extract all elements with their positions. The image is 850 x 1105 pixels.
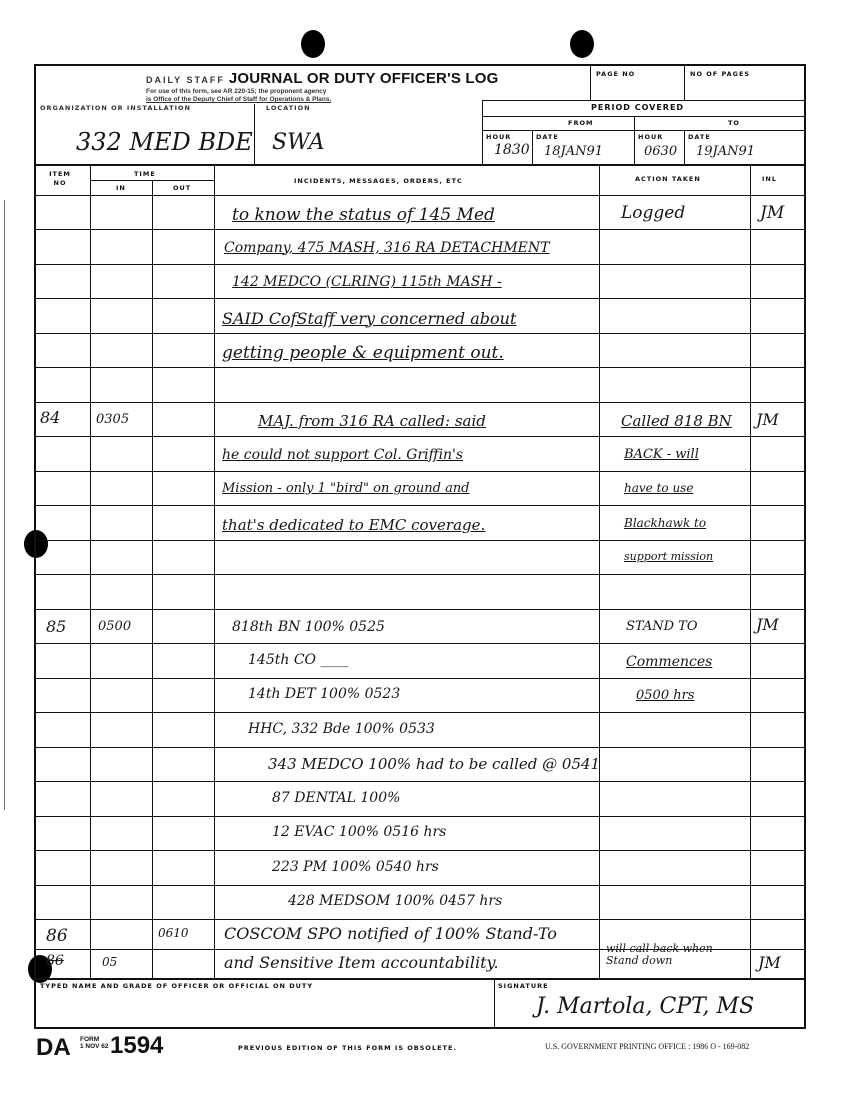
form-title: DAILY STAFFJOURNAL OR DUTY OFFICER'S LOG xyxy=(146,70,499,87)
action-cell: 0500 hrs xyxy=(636,688,694,703)
footer-previous-edition: PREVIOUS EDITION OF THIS FORM IS OBSOLET… xyxy=(238,1044,457,1052)
divider xyxy=(684,66,685,100)
table-row: support mission xyxy=(36,540,806,575)
action-cell: BACK - will xyxy=(624,447,699,462)
table-row: SAID CofStaff very concerned about xyxy=(36,299,806,334)
incident-cell: 142 MEDCO (CLRING) 115th MASH - xyxy=(232,274,502,290)
incident-cell: 14th DET 100% 0523 xyxy=(248,686,400,702)
table-row: 343 MEDCO 100% had to be called @ 0541 xyxy=(36,747,806,782)
signature-label: SIGNATURE xyxy=(498,982,549,990)
table-row: 85 0500 818th BN 100% 0525 STAND TO JM xyxy=(36,609,806,644)
proponent-line-2: is Office of the Deputy Chief of Staff f… xyxy=(146,96,331,103)
action-cell: Logged xyxy=(621,203,685,223)
table-row: Mission - only 1 "bird" on ground and ha… xyxy=(36,471,806,506)
divider xyxy=(36,978,806,980)
action-cell: STAND TO xyxy=(626,619,698,634)
duty-officer-log-form: DAILY STAFFJOURNAL OR DUTY OFFICER'S LOG… xyxy=(34,64,806,1029)
initials-cell: JM xyxy=(760,203,784,223)
incident-cell: Mission - only 1 "bird" on ground and xyxy=(222,481,470,496)
divider xyxy=(590,66,591,100)
table-row xyxy=(36,368,806,403)
incident-cell: 87 DENTAL 100% xyxy=(272,790,400,806)
initials-cell: JM xyxy=(756,615,779,634)
location-label: LOCATION xyxy=(266,104,311,112)
from-date-label: DATE xyxy=(536,133,559,141)
table-row: 86 05 and Sensitive Item accountability.… xyxy=(36,949,806,978)
item-no-cell: 86 xyxy=(46,953,64,969)
incident-cell: HHC, 332 Bde 100% 0533 xyxy=(248,721,435,737)
header-time: TIME xyxy=(134,170,156,178)
initials-cell: JM xyxy=(756,410,779,429)
incident-cell: 12 EVAC 100% 0516 hrs xyxy=(272,824,446,840)
to-date-label: DATE xyxy=(688,133,711,141)
action-cell: will call back when Stand down xyxy=(606,943,746,967)
table-row: to know the status of 145 Med Logged JM xyxy=(36,195,806,230)
proponent-line-1: For use of this form, see AR 220-15; the… xyxy=(146,88,326,95)
incident-cell: 145th CO ____ xyxy=(248,652,348,668)
incident-cell: Company, 475 MASH, 316 RA DETACHMENT xyxy=(224,240,549,256)
footer-form-number: 1594 xyxy=(110,1032,163,1060)
time-in-cell: 05 xyxy=(102,955,117,969)
signature-value[interactable]: J. Martola, CPT, MS xyxy=(536,994,754,1019)
item-no-cell: 84 xyxy=(40,408,60,427)
divider xyxy=(532,130,533,164)
incident-cell: SAID CofStaff very concerned about xyxy=(222,309,516,328)
to-date-value[interactable]: 19JAN91 xyxy=(696,144,755,159)
header-initials: INL xyxy=(762,175,777,183)
to-label: TO xyxy=(728,119,740,127)
initials-cell: JM xyxy=(758,953,781,972)
incident-cell: that's dedicated to EMC coverage. xyxy=(222,516,485,534)
page-no-label: PAGE NO xyxy=(596,70,635,78)
to-hour-value[interactable]: 0630 xyxy=(644,144,677,159)
header-time-out: OUT xyxy=(173,184,191,192)
no-of-pages-field[interactable] xyxy=(690,80,800,98)
incident-cell: he could not support Col. Griffin's xyxy=(222,447,463,463)
divider xyxy=(482,100,806,101)
item-no-cell: 86 xyxy=(46,926,68,946)
table-row: 142 MEDCO (CLRING) 115th MASH - xyxy=(36,264,806,299)
footer-da: DA xyxy=(36,1034,71,1062)
footer-form-text: FORM xyxy=(80,1036,109,1043)
action-cell: Commences xyxy=(626,654,712,670)
time-in-cell: 0500 xyxy=(98,619,131,634)
table-row: 87 DENTAL 100% xyxy=(36,782,806,817)
table-row: Company, 475 MASH, 316 RA DETACHMENT xyxy=(36,230,806,265)
from-hour-value[interactable]: 1830 xyxy=(494,142,530,158)
header-item-no-text: ITEM NO xyxy=(46,170,74,188)
incident-cell: 343 MEDCO 100% had to be called @ 0541 xyxy=(268,755,600,773)
page-no-field[interactable] xyxy=(596,80,680,98)
footer-gpo: U.S. GOVERNMENT PRINTING OFFICE : 1986 O… xyxy=(545,1042,749,1051)
organization-label: ORGANIZATION OR INSTALLATION xyxy=(40,104,191,112)
from-hour-label: HOUR xyxy=(486,133,511,141)
table-row: 14th DET 100% 0523 0500 hrs xyxy=(36,678,806,713)
table-row: 84 0305 MAJ. from 316 RA called: said Ca… xyxy=(36,402,806,437)
incident-cell: to know the status of 145 Med xyxy=(232,205,495,225)
action-cell: support mission xyxy=(624,550,713,563)
organization-value[interactable]: 332 MED BDE xyxy=(76,128,253,156)
incident-cell: 428 MEDSOM 100% 0457 hrs xyxy=(288,893,502,909)
from-label: FROM xyxy=(568,119,593,127)
time-in-cell: 0305 xyxy=(96,412,129,427)
time-out-cell: 0610 xyxy=(158,926,189,940)
form-title-main: JOURNAL OR DUTY OFFICER'S LOG xyxy=(229,70,499,87)
table-row: 428 MEDSOM 100% 0457 hrs xyxy=(36,885,806,920)
divider xyxy=(684,130,685,164)
to-hour-label: HOUR xyxy=(638,133,663,141)
form-title-prefix: DAILY STAFF xyxy=(146,75,225,85)
divider xyxy=(482,116,806,117)
header-action-taken: ACTION TAKEN xyxy=(635,175,701,183)
footer-form-date: 1 NOV 62 xyxy=(80,1043,109,1050)
divider xyxy=(634,116,635,164)
incident-cell: 818th BN 100% 0525 xyxy=(232,619,385,635)
table-row: 145th CO ____ Commences xyxy=(36,644,806,679)
typed-name-field[interactable] xyxy=(40,994,490,1024)
period-covered-label: PERIOD COVERED xyxy=(591,103,684,112)
table-row xyxy=(36,575,806,610)
incident-cell: MAJ. from 316 RA called: said xyxy=(258,412,486,430)
divider xyxy=(482,100,483,164)
action-cell: have to use xyxy=(624,481,693,495)
no-of-pages-label: NO OF PAGES xyxy=(690,70,750,78)
divider xyxy=(494,978,495,1029)
footer-form-label: FORM 1 NOV 62 xyxy=(80,1036,109,1050)
item-no-cell: 85 xyxy=(46,617,66,636)
table-row: getting people & equipment out. xyxy=(36,333,806,368)
from-date-value[interactable]: 18JAN91 xyxy=(544,144,603,159)
incident-cell: getting people & equipment out. xyxy=(222,343,504,363)
incident-cell: and Sensitive Item accountability. xyxy=(224,953,499,972)
table-body: to know the status of 145 Med Logged JM … xyxy=(36,195,806,978)
action-cell: Blackhawk to xyxy=(624,516,706,530)
table-row: HHC, 332 Bde 100% 0533 xyxy=(36,713,806,748)
punch-hole-top-left xyxy=(301,30,325,58)
header-time-in: IN xyxy=(116,184,126,192)
location-value[interactable]: SWA xyxy=(272,130,324,155)
punch-hole-top-right xyxy=(570,30,594,58)
table-row: 223 PM 100% 0540 hrs xyxy=(36,851,806,886)
table-row: he could not support Col. Griffin's BACK… xyxy=(36,437,806,472)
typed-name-label: TYPED NAME AND GRADE OF OFFICER OR OFFIC… xyxy=(40,982,313,990)
action-cell: Called 818 BN xyxy=(621,412,732,430)
divider xyxy=(482,130,806,131)
header-incidents: INCIDENTS, MESSAGES, ORDERS, ETC xyxy=(294,177,463,185)
margin-line xyxy=(4,200,5,810)
divider xyxy=(254,104,255,164)
divider xyxy=(36,164,806,166)
incident-cell: COSCOM SPO notified of 100% Stand-To xyxy=(224,924,557,943)
incident-cell: 223 PM 100% 0540 hrs xyxy=(272,859,439,875)
table-row: that's dedicated to EMC coverage. Blackh… xyxy=(36,506,806,541)
header-item-no: ITEM NO xyxy=(46,170,74,188)
table-row: 12 EVAC 100% 0516 hrs xyxy=(36,816,806,851)
